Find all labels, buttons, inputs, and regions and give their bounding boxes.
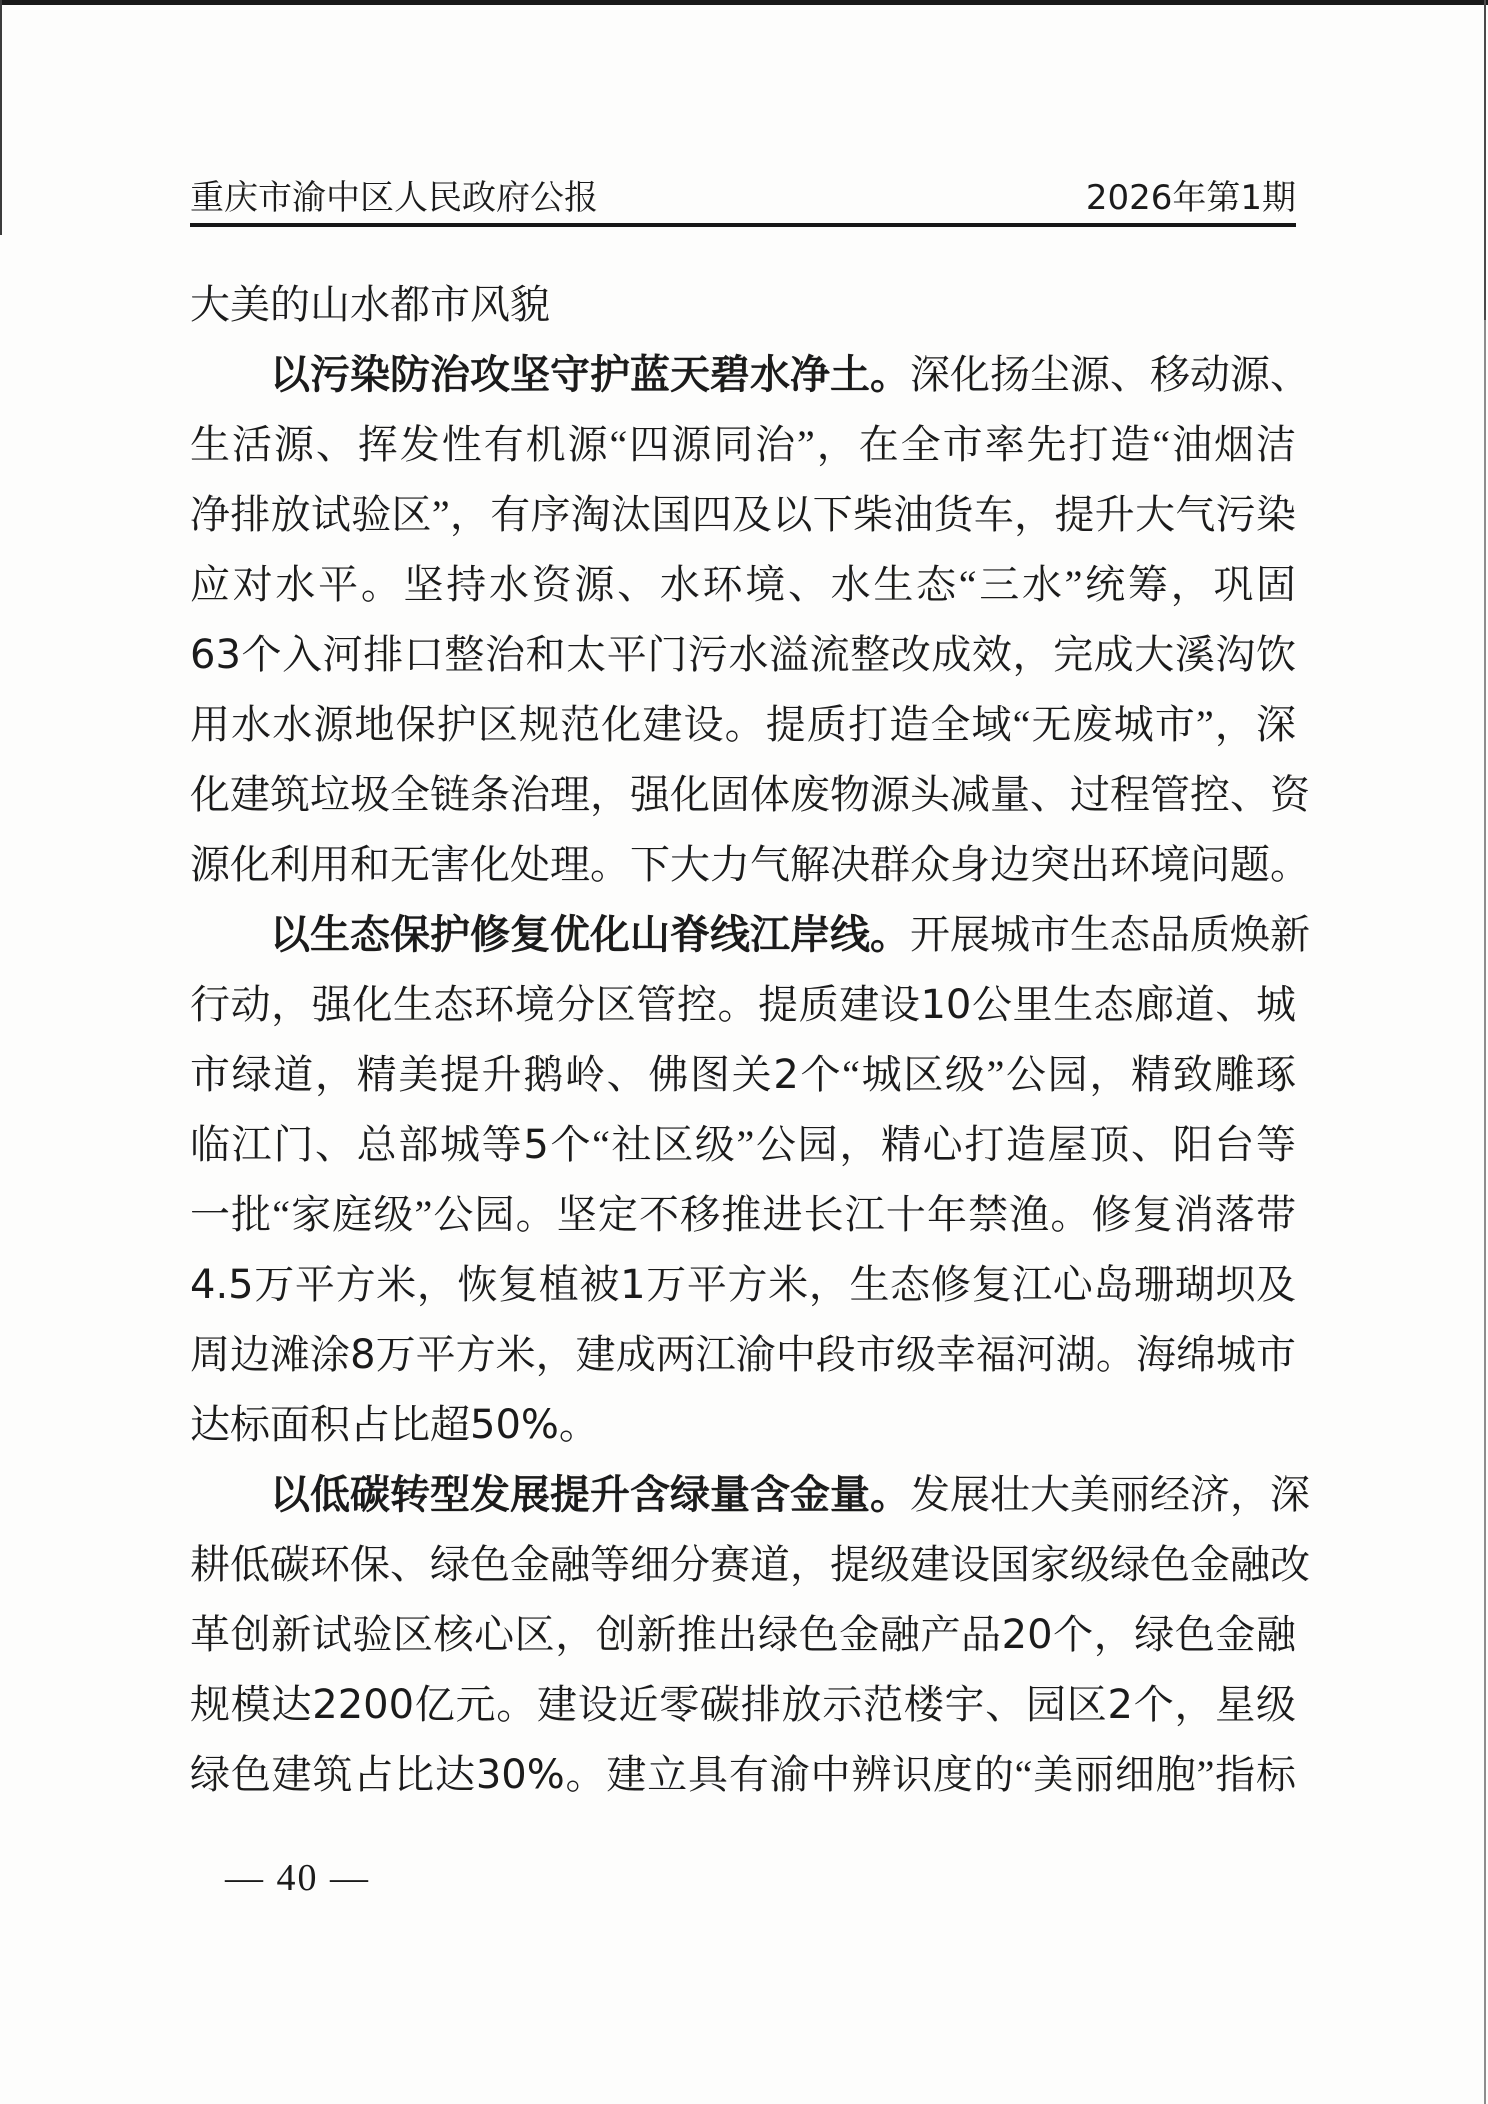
numeral: 2	[1108, 1682, 1133, 1728]
text-line-9: 源化利用和无害化处理。下大力气解决群众身边突出环境问题。	[190, 830, 1296, 900]
scan-edge-right	[1484, 0, 1486, 2104]
text-line-4: 净排放试验区”，有序淘汰国四及以下柴油货车，提升大气污染	[190, 480, 1296, 550]
header-rule	[190, 223, 1296, 227]
text-segment: 耕低碳环保、绿色金融等细分赛道，提级建设国家级绿色金融改	[190, 1542, 1310, 1587]
text-segment: 开展城市生态品质焕新	[910, 912, 1310, 957]
text-segment: 临江门、总部城等5个“社区级”公园，精心打造屋顶、阳台等	[190, 1122, 1296, 1167]
page-header: 重庆市渝中区人民政府公报 2026年第1期	[190, 178, 1296, 219]
text-segment: 用水水源地保护区规范化建设。提质打造全域“无废城市”，深	[190, 702, 1296, 747]
numeral: 1	[620, 1262, 645, 1308]
page-number: — 40 —	[225, 1856, 370, 1900]
text-segment: 化建筑垃圾全链条治理，强化固体废物源头减量、过程管控、资	[190, 772, 1310, 817]
numeral: 30%	[476, 1752, 565, 1798]
text-segment: 绿色建筑占比达30%。建立具有渝中辨识度的“美丽细胞”指标	[190, 1752, 1296, 1797]
text-line-15: 4.5万平方米，恢复植被1万平方米，生态修复江心岛珊瑚坝及	[190, 1250, 1296, 1320]
numeral: 1	[1240, 178, 1262, 218]
text-segment: 应对水平。坚持水资源、水环境、水生态“三水”统筹，巩固	[190, 562, 1296, 607]
numeral: 20	[1002, 1612, 1053, 1658]
numeral: 10	[920, 982, 971, 1028]
scan-edge-left	[0, 0, 2, 235]
numeral: 5	[523, 1122, 548, 1168]
text-line-2: 以污染防治攻坚守护蓝天碧水净土。深化扬尘源、移动源、	[190, 340, 1296, 410]
text-line-10: 以生态保护修复优化山脊线江岸线。开展城市生态品质焕新	[190, 900, 1296, 970]
issue-label: 2026年第1期	[1086, 178, 1296, 219]
paragraph-lead-bold: 以污染防治攻坚守护蓝天碧水净土。	[270, 352, 910, 397]
text-segment: 深化扬尘源、移动源、	[910, 352, 1310, 397]
text-segment: 源化利用和无害化处理。下大力气解决群众身边突出环境问题。	[190, 842, 1310, 887]
text-line-17: 达标面积占比超50%。	[190, 1390, 1296, 1460]
text-segment: 行动，强化生态环境分区管控。提质建设10公里生态廊道、城	[190, 982, 1296, 1027]
text-line-13: 临江门、总部城等5个“社区级”公园，精心打造屋顶、阳台等	[190, 1110, 1296, 1180]
text-segment: 发展壮大美丽经济，深	[910, 1472, 1310, 1517]
text-line-3: 生活源、挥发性有机源“四源同治”，在全市率先打造“油烟洁	[190, 410, 1296, 480]
numeral: 2026	[1086, 178, 1173, 218]
text-segment: 生活源、挥发性有机源“四源同治”，在全市率先打造“油烟洁	[190, 422, 1296, 467]
text-line-21: 规模达2200亿元。建设近零碳排放示范楼宇、园区2个，星级	[190, 1670, 1296, 1740]
numeral: 8	[350, 1332, 375, 1378]
paragraph-lead-bold: 以低碳转型发展提升含绿量含金量。	[270, 1472, 910, 1517]
text-segment: 达标面积占比超50%。	[190, 1402, 599, 1447]
text-segment: 一批“家庭级”公园。坚定不移推进长江十年禁渔。修复消落带	[190, 1192, 1296, 1237]
text-line-5: 应对水平。坚持水资源、水环境、水生态“三水”统筹，巩固	[190, 550, 1296, 620]
text-line-6: 63个入河排口整治和太平门污水溢流整改成效，完成大溪沟饮	[190, 620, 1296, 690]
text-segment: 规模达2200亿元。建设近零碳排放示范楼宇、园区2个，星级	[190, 1682, 1296, 1727]
text-line-11: 行动，强化生态环境分区管控。提质建设10公里生态廊道、城	[190, 970, 1296, 1040]
numeral: 63	[190, 632, 241, 678]
text-line-16: 周边滩涂8万平方米，建成两江渝中段市级幸福河湖。海绵城市	[190, 1320, 1296, 1390]
numeral: 4.5	[190, 1262, 254, 1308]
document-body: 大美的山水都市风貌以污染防治攻坚守护蓝天碧水净土。深化扬尘源、移动源、生活源、挥…	[190, 270, 1296, 1810]
text-segment: 大美的山水都市风貌	[190, 282, 550, 327]
text-segment: 4.5万平方米，恢复植被1万平方米，生态修复江心岛珊瑚坝及	[190, 1262, 1296, 1307]
text-line-18: 以低碳转型发展提升含绿量含金量。发展壮大美丽经济，深	[190, 1460, 1296, 1530]
text-segment: 周边滩涂8万平方米，建成两江渝中段市级幸福河湖。海绵城市	[190, 1332, 1296, 1377]
text-line-1: 大美的山水都市风貌	[190, 270, 1296, 340]
text-line-22: 绿色建筑占比达30%。建立具有渝中辨识度的“美丽细胞”指标	[190, 1740, 1296, 1810]
numeral: 50%	[470, 1402, 559, 1448]
text-line-7: 用水水源地保护区规范化建设。提质打造全域“无废城市”，深	[190, 690, 1296, 760]
numeral: 2	[773, 1052, 798, 1098]
text-line-14: 一批“家庭级”公园。坚定不移推进长江十年禁渔。修复消落带	[190, 1180, 1296, 1250]
scan-edge-top	[0, 0, 1488, 5]
text-line-8: 化建筑垃圾全链条治理，强化固体废物源头减量、过程管控、资	[190, 760, 1296, 830]
text-segment: 市绿道，精美提升鹅岭、佛图关2个“城区级”公园，精致雕琢	[190, 1052, 1296, 1097]
numeral: 2200	[312, 1682, 414, 1728]
text-line-12: 市绿道，精美提升鹅岭、佛图关2个“城区级”公园，精致雕琢	[190, 1040, 1296, 1110]
text-line-19: 耕低碳环保、绿色金融等细分赛道，提级建设国家级绿色金融改	[190, 1530, 1296, 1600]
publication-title: 重庆市渝中区人民政府公报	[190, 179, 598, 219]
text-segment: 净排放试验区”，有序淘汰国四及以下柴油货车，提升大气污染	[190, 492, 1296, 537]
text-line-20: 革创新试验区核心区，创新推出绿色金融产品20个，绿色金融	[190, 1600, 1296, 1670]
text-segment: 63个入河排口整治和太平门污水溢流整改成效，完成大溪沟饮	[190, 632, 1296, 677]
text-segment: 革创新试验区核心区，创新推出绿色金融产品20个，绿色金融	[190, 1612, 1296, 1657]
paragraph-lead-bold: 以生态保护修复优化山脊线江岸线。	[270, 912, 910, 957]
gazette-page: 重庆市渝中区人民政府公报 2026年第1期 大美的山水都市风貌以污染防治攻坚守护…	[0, 0, 1488, 2104]
